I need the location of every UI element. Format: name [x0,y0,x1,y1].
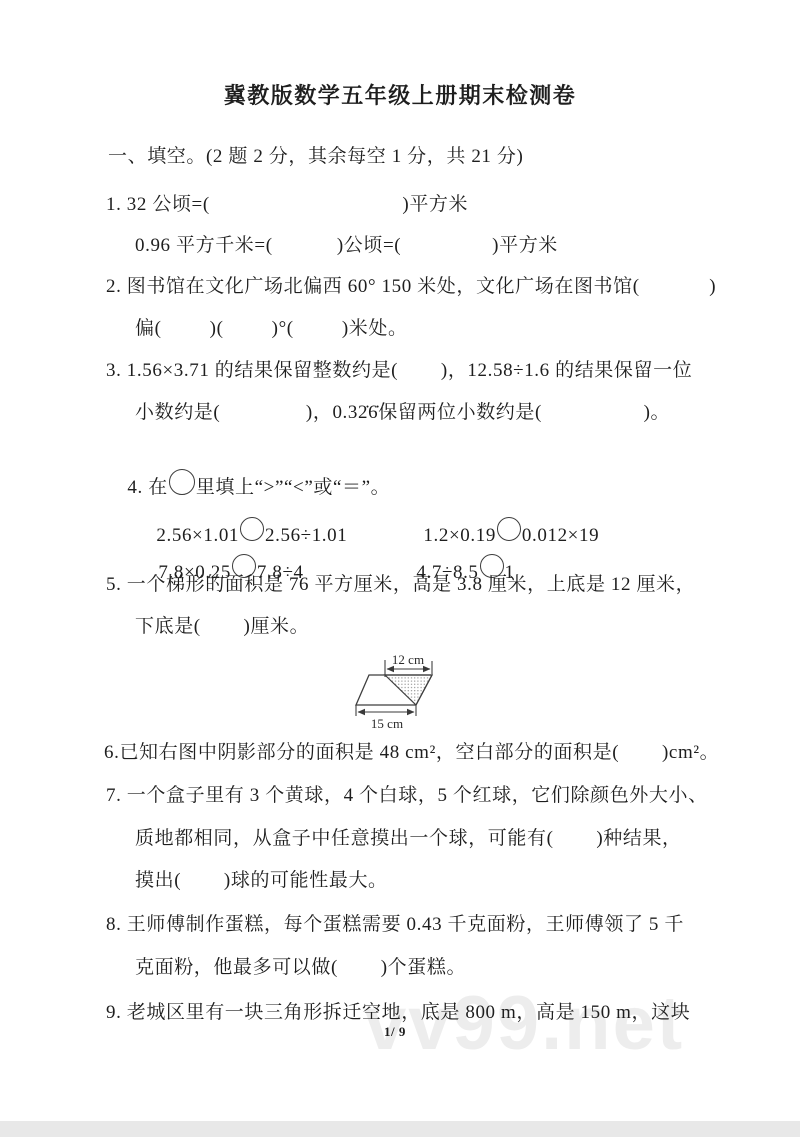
question-8-line-1: 8. 王师傅制作蛋糕，每个蛋糕需要 0.43 千克面粉，王师傅领了 5 千 [106,912,684,938]
question-9-line-1: 9. 老城区里有一块三角形拆迁空地，底是 800 m，高是 150 m，这块 [106,1000,690,1026]
question-5-line-2: 下底是( )厘米。 [135,614,309,640]
question-2-line-1: 2. 图书馆在文化广场北偏西 60° 150 米处，文化广场在图书馆( ) [106,274,716,300]
question-1-line-1: 1. 32 公顷=( )平方米 [106,192,468,218]
question-7-line-3: 摸出( )球的可能性最大。 [135,868,388,894]
question-2-line-2: 偏( )( )°( )米处。 [135,316,408,342]
question-1-line-2: 0.96 平方千米=( )公顷=( )平方米 [135,233,558,259]
question-5-line-1: 5. 一个梯形的面积是 76 平方厘米，高是 3.8 厘米，上底是 12 厘米， [106,572,695,598]
question-3-line-2: 小数约是( )，0.32̇6̇保留两位小数约是( )。 [135,400,670,426]
page-title: 冀教版数学五年级上册期末检测卷 [0,79,800,110]
shaded-triangle [385,675,432,705]
question-4-comparison-3: 7.8×0.257.8÷4 [137,528,304,612]
page-number: 1/ 9 [384,1024,406,1040]
parallelogram-figure: 12 cm 15 cm [340,648,452,732]
question-3-line-1: 3. 1.56×3.71 的结果保留整数约是( )，12.58÷1.6 的结果保… [106,358,692,384]
bottom-page-gap [0,1121,800,1137]
expression-right: 0.012×19 [522,525,599,546]
question-7-line-1: 7. 一个盒子里有 3 个黄球，4 个白球，5 个红球，它们除颜色外大小、 [106,783,708,809]
question-7-line-2: 质地都相同，从盒子中任意摸出一个球，可能有( )种结果， [135,826,682,852]
question-6-line-1: 6.已知右图中阴影部分的面积是 48 cm²，空白部分的面积是( )cm²。 [104,740,719,766]
question-4-comparison-4: 4.7÷8.51 [395,528,515,612]
dimension-label-top: 12 cm [392,652,424,667]
section-heading: 一、填空。(2 题 2 分，其余每空 1 分，共 21 分) [108,144,523,170]
dimension-label-bottom: 15 cm [371,716,403,731]
exam-paper-page: vv99.net 冀教版数学五年级上册期末检测卷 一、填空。(2 题 2 分，其… [0,0,800,1137]
question-8-line-2: 克面粉，他最多可以做( )个蛋糕。 [135,955,466,981]
